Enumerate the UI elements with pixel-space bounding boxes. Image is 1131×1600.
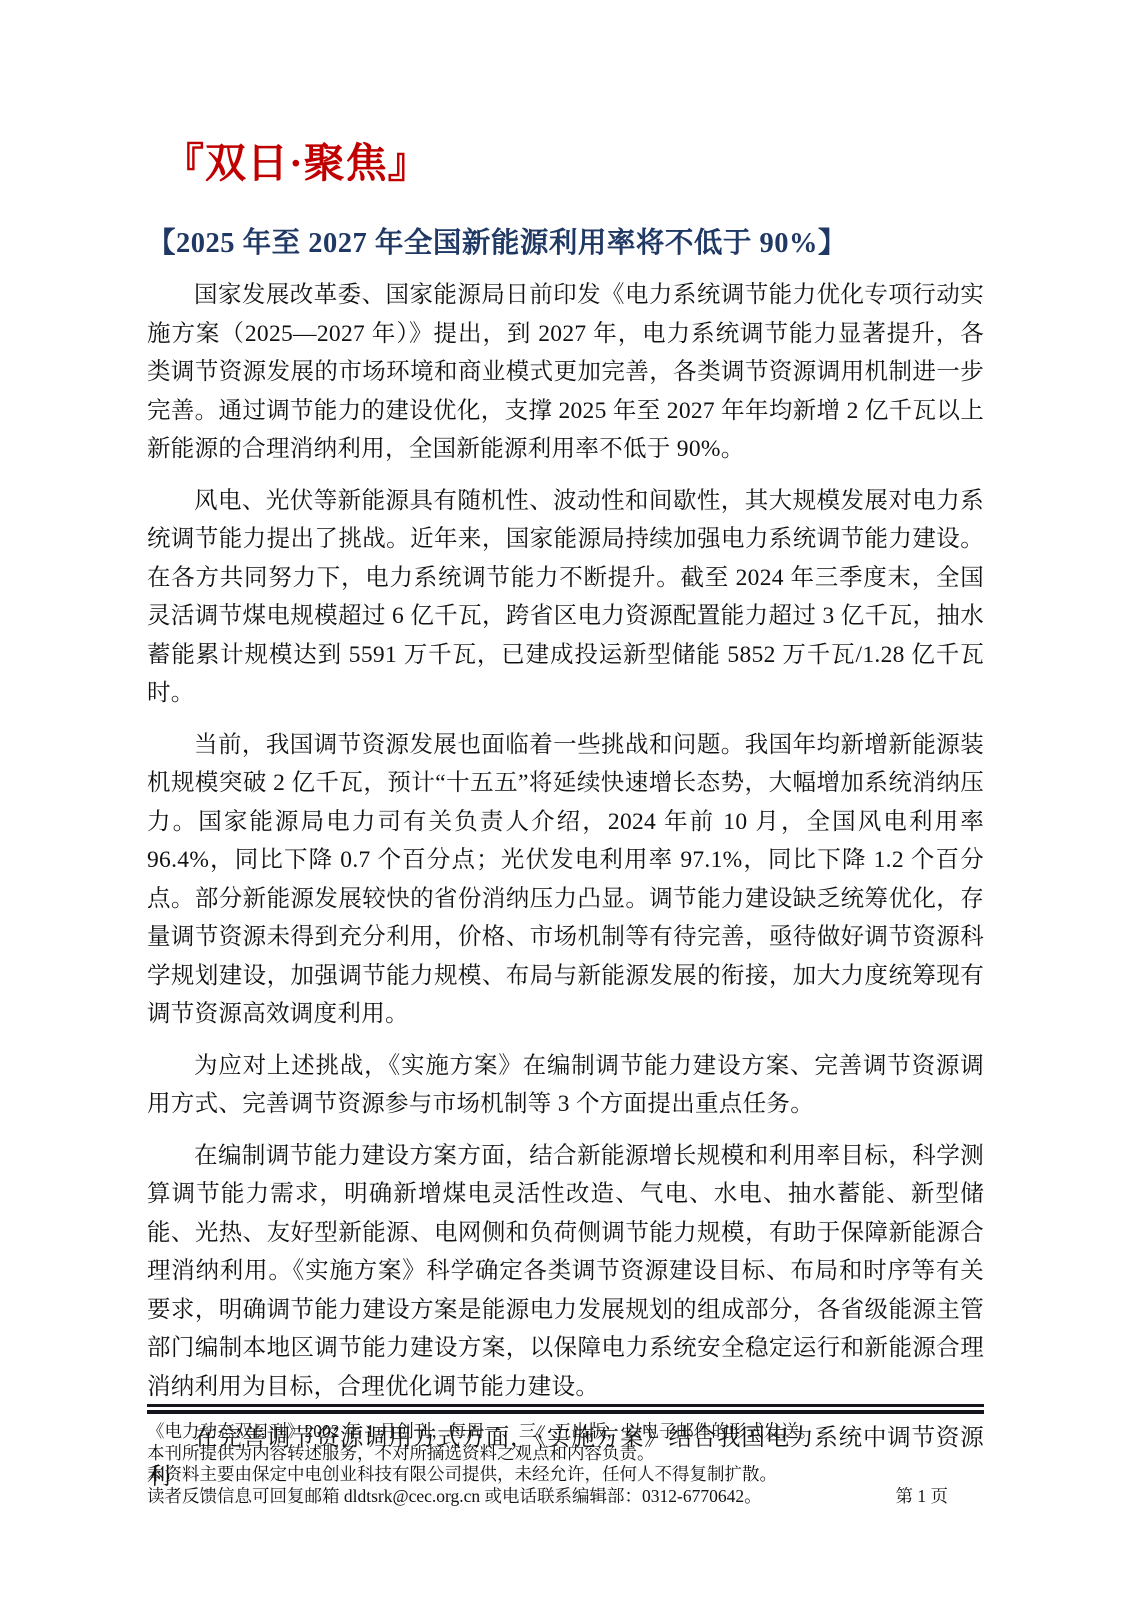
footer-line-disclaimer: 本刊所提供为内容转述服务，不对所摘选资料之观点和内容负责。 bbox=[147, 1443, 984, 1465]
article-paragraph-2: 风电、光伏等新能源具有随机性、波动性和间歇性，其大规模发展对电力系统调节能力提出… bbox=[147, 482, 984, 713]
footer-divider bbox=[147, 1404, 984, 1414]
footer-line-copyright: 本资料主要由保定中电创业科技有限公司提供，未经允许，任何人不得复制扩散。 bbox=[147, 1464, 984, 1486]
article-headline: 【2025 年至 2027 年全国新能源利用率将不低于 90%】 bbox=[147, 220, 847, 261]
article-body: 国家发展改革委、国家能源局日前印发《电力系统调节能力优化专项行动实施方案（202… bbox=[147, 276, 984, 1509]
article-paragraph-5: 在编制调节能力建设方案方面，结合新能源增长规模和利用率目标，科学测算调节能力需求… bbox=[147, 1137, 984, 1407]
article-paragraph-4: 为应对上述挑战，《实施方案》在编制调节能力建设方案、完善调节资源调用方式、完善调… bbox=[147, 1047, 984, 1124]
masthead-title: 『双日·聚焦』 bbox=[163, 138, 430, 189]
document-page: 『双日·聚焦』 【2025 年至 2027 年全国新能源利用率将不低于 90%】… bbox=[0, 0, 1131, 1600]
footer-line-publication: 《电力动态双日刊》2002 年 1 月创刊，每周一、三、五出版，以电子邮件的形式… bbox=[147, 1421, 984, 1443]
footer-last-row: 读者反馈信息可回复邮箱 dldtsrk@cec.org.cn 或电话联系编辑部：… bbox=[147, 1486, 984, 1508]
article-paragraph-3: 当前，我国调节资源发展也面临着一些挑战和问题。我国年均新增新能源装机规模突破 2… bbox=[147, 726, 984, 1034]
footer-line-contact: 读者反馈信息可回复邮箱 dldtsrk@cec.org.cn 或电话联系编辑部：… bbox=[147, 1486, 762, 1508]
article-paragraph-1: 国家发展改革委、国家能源局日前印发《电力系统调节能力优化专项行动实施方案（202… bbox=[147, 276, 984, 469]
page-footer: 《电力动态双日刊》2002 年 1 月创刊，每周一、三、五出版，以电子邮件的形式… bbox=[147, 1404, 984, 1507]
page-number: 第 1 页 bbox=[896, 1486, 949, 1508]
